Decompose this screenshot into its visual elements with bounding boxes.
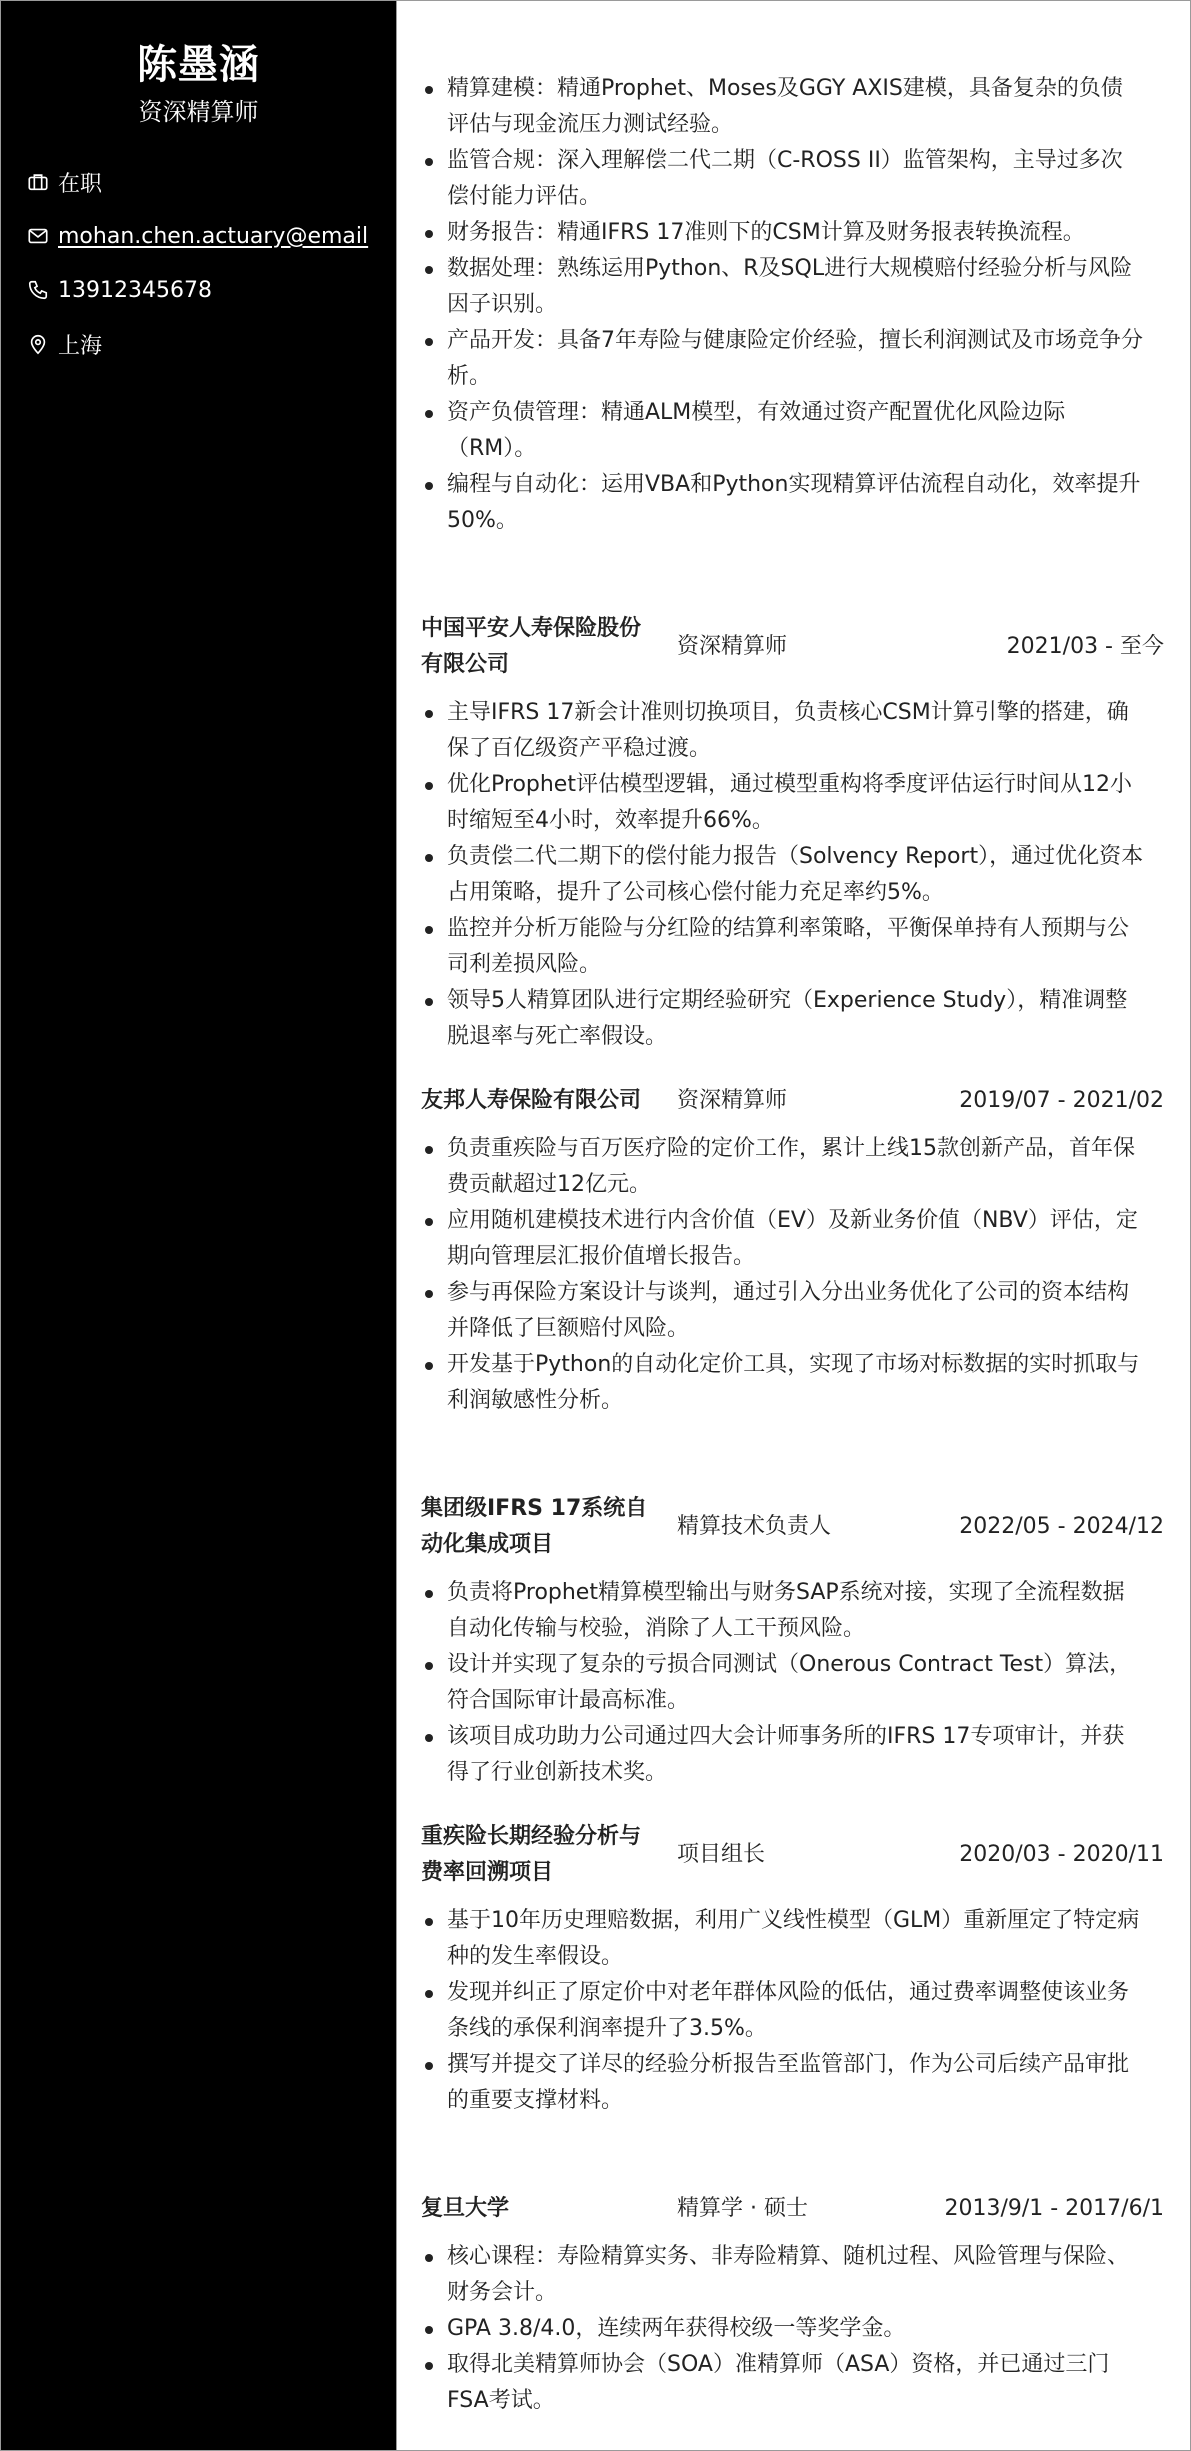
email-link[interactable]: mohan.chen.actuary@email	[58, 224, 368, 249]
project-entry: 重疾险长期经验分析与费率回溯项目 项目组长 2020/03 - 2020/11 …	[421, 1819, 1164, 2119]
date-range: 2021/03 - 至今	[1007, 629, 1164, 665]
education-bullet: 核心课程：寿险精算实务、非寿险精算、随机过程、风险管理与保险、财务会计。	[421, 2239, 1164, 2311]
skill-item: 精算建模：精通Prophet、Moses及GGY AXIS建模，具备复杂的负债评…	[421, 71, 1164, 143]
work-bullet: 领导5人精算团队进行定期经验研究（Experience Study），精准调整脱…	[421, 983, 1164, 1055]
school-name: 复旦大学	[421, 2191, 661, 2227]
education-entry: 复旦大学 精算学 · 硕士 2013/9/1 - 2017/6/1 核心课程：寿…	[421, 2191, 1164, 2419]
work-entry: 中国平安人寿保险股份有限公司 资深精算师 2021/03 - 至今 主导IFRS…	[421, 611, 1164, 1055]
date-range: 2013/9/1 - 2017/6/1	[944, 2191, 1164, 2227]
education-section: 复旦大学 精算学 · 硕士 2013/9/1 - 2017/6/1 核心课程：寿…	[421, 2191, 1164, 2419]
job-role: 资深精算师	[661, 1083, 959, 1119]
entry-header: 复旦大学 精算学 · 硕士 2013/9/1 - 2017/6/1	[421, 2191, 1164, 2227]
project-bullets: 负责将Prophet精算模型输出与财务SAP系统对接，实现了全流程数据自动化传输…	[421, 1575, 1164, 1791]
work-bullet: 主导IFRS 17新会计准则切换项目，负责核心CSM计算引擎的搭建，确保了百亿级…	[421, 695, 1164, 767]
work-bullet: 应用随机建模技术进行内含价值（EV）及新业务价值（NBV）评估，定期向管理层汇报…	[421, 1203, 1164, 1275]
project-bullet: 负责将Prophet精算模型输出与财务SAP系统对接，实现了全流程数据自动化传输…	[421, 1575, 1164, 1647]
entry-header: 集团级IFRS 17系统自动化集成项目 精算技术负责人 2022/05 - 20…	[421, 1491, 1164, 1563]
work-entry: 友邦人寿保险有限公司 资深精算师 2019/07 - 2021/02 负责重疾险…	[421, 1083, 1164, 1419]
project-entry: 集团级IFRS 17系统自动化集成项目 精算技术负责人 2022/05 - 20…	[421, 1491, 1164, 1791]
work-experience-section: 中国平安人寿保险股份有限公司 资深精算师 2021/03 - 至今 主导IFRS…	[421, 611, 1164, 1419]
project-bullets: 基于10年历史理赔数据，利用广义线性模型（GLM）重新厘定了特定病种的发生率假设…	[421, 1903, 1164, 2119]
project-name: 集团级IFRS 17系统自动化集成项目	[421, 1491, 661, 1563]
project-role: 精算技术负责人	[661, 1509, 959, 1545]
date-range: 2020/03 - 2020/11	[959, 1837, 1164, 1873]
contact-phone: 13912345678	[27, 263, 396, 317]
work-bullets: 主导IFRS 17新会计准则切换项目，负责核心CSM计算引擎的搭建，确保了百亿级…	[421, 695, 1164, 1055]
work-bullets: 负责重疾险与百万医疗险的定价工作，累计上线15款创新产品，首年保费贡献超过12亿…	[421, 1131, 1164, 1419]
project-bullet: 发现并纠正了原定价中对老年群体风险的低估，通过费率调整使该业务条线的承保利润率提…	[421, 1975, 1164, 2047]
skills-list: 精算建模：精通Prophet、Moses及GGY AXIS建模，具备复杂的负债评…	[421, 71, 1164, 539]
skill-item: 产品开发：具备7年寿险与健康险定价经验，擅长利润测试及市场竞争分析。	[421, 323, 1164, 395]
main-content: 精算建模：精通Prophet、Moses及GGY AXIS建模，具备复杂的负债评…	[397, 1, 1190, 2450]
work-bullet: 负责重疾险与百万医疗险的定价工作，累计上线15款创新产品，首年保费贡献超过12亿…	[421, 1131, 1164, 1203]
company-name: 友邦人寿保险有限公司	[421, 1083, 661, 1119]
degree: 精算学 · 硕士	[661, 2191, 944, 2227]
work-bullet: 开发基于Python的自动化定价工具，实现了市场对标数据的实时抓取与利润敏感性分…	[421, 1347, 1164, 1419]
skill-item: 资产负债管理：精通ALM模型，有效通过资产配置优化风险边际（RM）。	[421, 395, 1164, 467]
location-text: 上海	[58, 329, 102, 360]
skill-item: 监管合规：深入理解偿二代二期（C-ROSS II）监管架构，主导过多次偿付能力评…	[421, 143, 1164, 215]
contact-list: 在职 mohan.chen.actuary@email 13912345678 …	[1, 155, 396, 371]
entry-header: 中国平安人寿保险股份有限公司 资深精算师 2021/03 - 至今	[421, 611, 1164, 683]
contact-email[interactable]: mohan.chen.actuary@email	[27, 209, 396, 263]
skill-item: 编程与自动化：运用VBA和Python实现精算评估流程自动化，效率提升50%。	[421, 467, 1164, 539]
sidebar: 陈墨涵 资深精算师 在职 mohan.chen.actuary@email 13…	[1, 1, 397, 2450]
entry-header: 友邦人寿保险有限公司 资深精算师 2019/07 - 2021/02	[421, 1083, 1164, 1119]
company-name: 中国平安人寿保险股份有限公司	[421, 611, 661, 683]
education-bullets: 核心课程：寿险精算实务、非寿险精算、随机过程、风险管理与保险、财务会计。 GPA…	[421, 2239, 1164, 2419]
work-bullet: 参与再保险方案设计与谈判，通过引入分出业务优化了公司的资本结构并降低了巨额赔付风…	[421, 1275, 1164, 1347]
project-name: 重疾险长期经验分析与费率回溯项目	[421, 1819, 661, 1891]
mail-icon	[27, 225, 49, 247]
location-pin-icon	[27, 333, 49, 355]
work-bullet: 优化Prophet评估模型逻辑，通过模型重构将季度评估运行时间从12小时缩短至4…	[421, 767, 1164, 839]
work-bullet: 负责偿二代二期下的偿付能力报告（Solvency Report），通过优化资本占…	[421, 839, 1164, 911]
project-role: 项目组长	[661, 1837, 959, 1873]
entry-header: 重疾险长期经验分析与费率回溯项目 项目组长 2020/03 - 2020/11	[421, 1819, 1164, 1891]
education-bullet: GPA 3.8/4.0，连续两年获得校级一等奖学金。	[421, 2311, 1164, 2347]
project-bullet: 设计并实现了复杂的亏损合同测试（Onerous Contract Test）算法…	[421, 1647, 1164, 1719]
project-bullet: 撰写并提交了详尽的经验分析报告至监管部门，作为公司后续产品审批的重要支撑材料。	[421, 2047, 1164, 2119]
job-role: 资深精算师	[661, 629, 1007, 665]
candidate-title: 资深精算师	[1, 95, 396, 129]
date-range: 2022/05 - 2024/12	[959, 1509, 1164, 1545]
resume-page: 陈墨涵 资深精算师 在职 mohan.chen.actuary@email 13…	[0, 0, 1191, 2451]
briefcase-icon	[27, 171, 49, 193]
education-bullet: 取得北美精算师协会（SOA）准精算师（ASA）资格，并已通过三门FSA考试。	[421, 2347, 1164, 2419]
candidate-name: 陈墨涵	[1, 39, 396, 91]
date-range: 2019/07 - 2021/02	[959, 1083, 1164, 1119]
skill-item: 数据处理：熟练运用Python、R及SQL进行大规模赔付经验分析与风险因子识别。	[421, 251, 1164, 323]
contact-location: 上海	[27, 317, 396, 371]
project-bullet: 该项目成功助力公司通过四大会计师事务所的IFRS 17专项审计，并获得了行业创新…	[421, 1719, 1164, 1791]
contact-status: 在职	[27, 155, 396, 209]
projects-section: 集团级IFRS 17系统自动化集成项目 精算技术负责人 2022/05 - 20…	[421, 1491, 1164, 2119]
phone-icon	[27, 279, 49, 301]
phone-text: 13912345678	[58, 278, 212, 303]
contact-status-text: 在职	[58, 167, 102, 198]
project-bullet: 基于10年历史理赔数据，利用广义线性模型（GLM）重新厘定了特定病种的发生率假设…	[421, 1903, 1164, 1975]
work-bullet: 监控并分析万能险与分红险的结算利率策略，平衡保单持有人预期与公司利差损风险。	[421, 911, 1164, 983]
skill-item: 财务报告：精通IFRS 17准则下的CSM计算及财务报表转换流程。	[421, 215, 1164, 251]
